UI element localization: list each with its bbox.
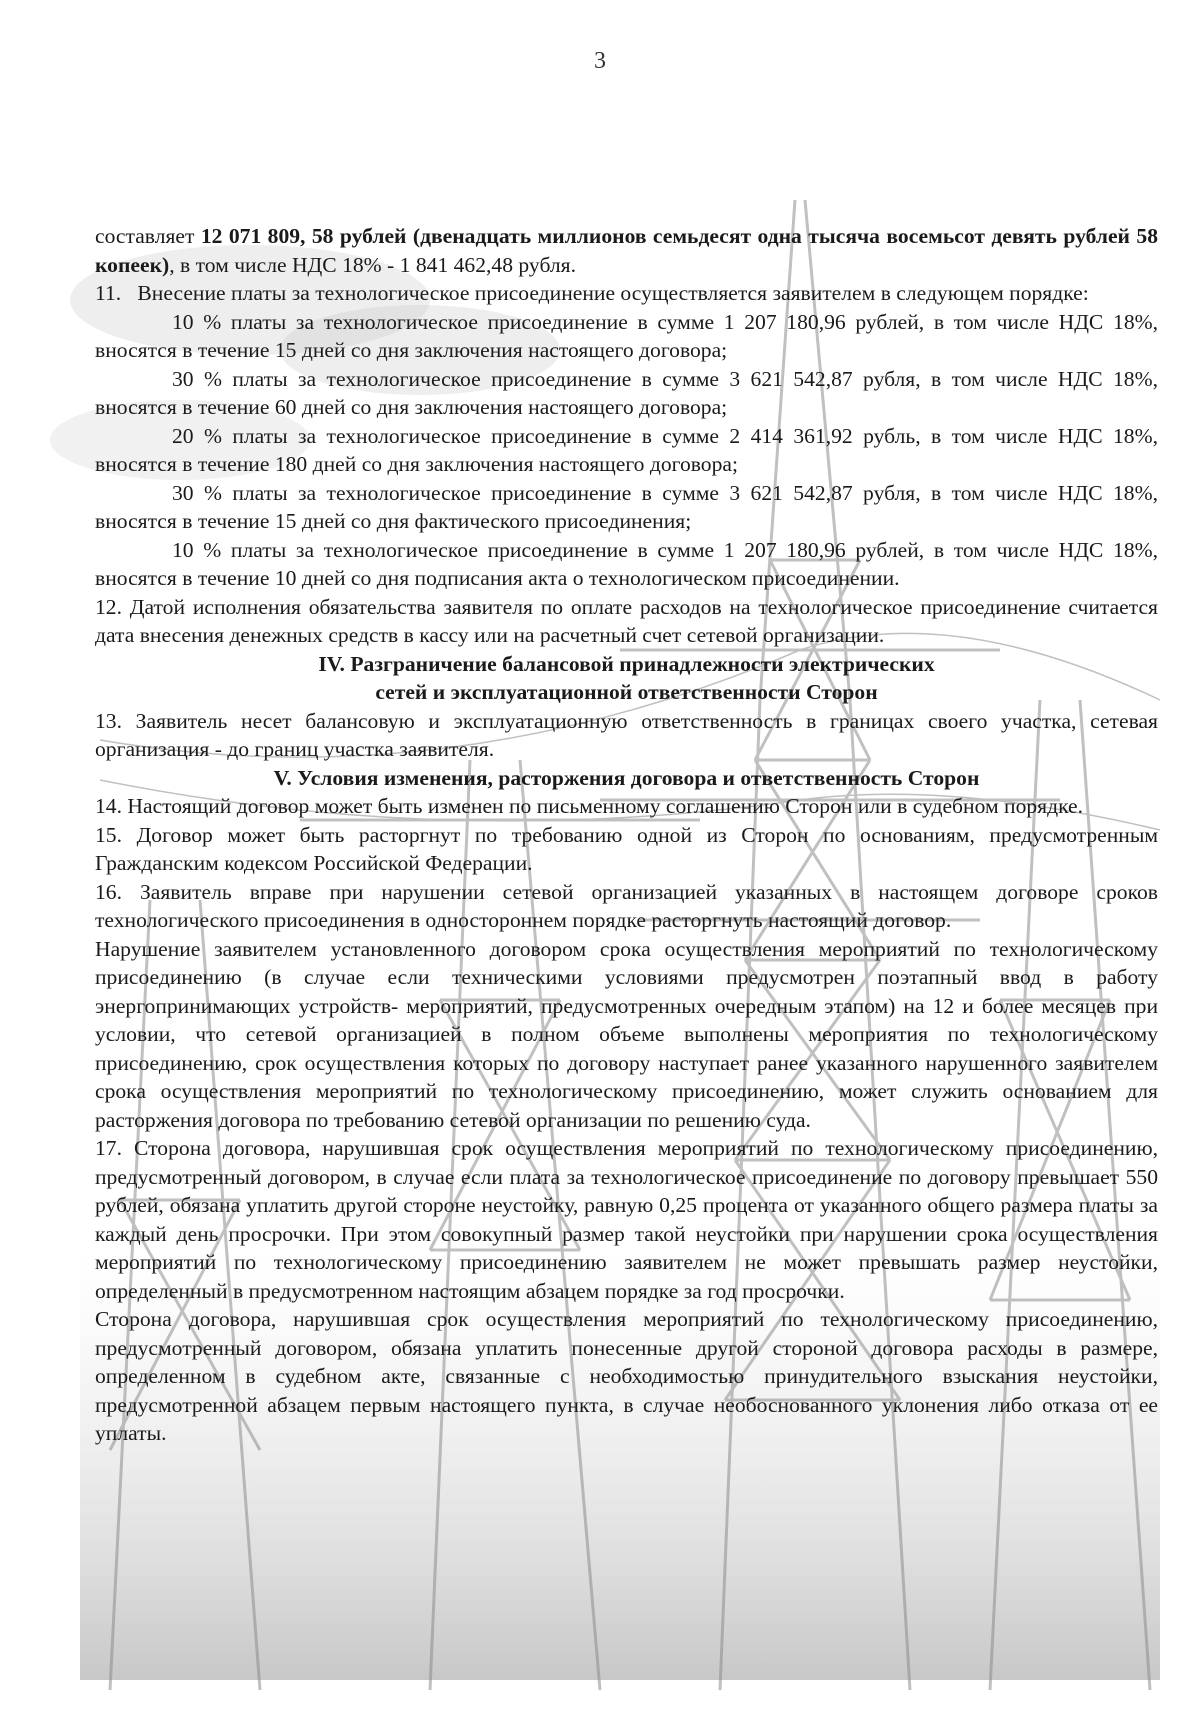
clause-16: 16. Заявитель вправе при нарушении сетев… — [95, 878, 1158, 935]
installment-4: 30 % платы за технологическое присоедине… — [95, 479, 1158, 536]
installment-1: 10 % платы за технологическое присоедине… — [95, 308, 1158, 365]
clause-15: 15. Договор может быть расторгнут по тре… — [95, 821, 1158, 878]
clause-13: 13. Заявитель несет балансовую и эксплуа… — [95, 707, 1158, 764]
installment-5: 10 % платы за технологическое присоедине… — [95, 536, 1158, 593]
clause-17-paragraph-2: Сторона договора, нарушившая срок осущес… — [95, 1305, 1158, 1448]
contract-text: составляет 12 071 809, 58 рублей (двенад… — [95, 222, 1158, 1448]
clause-11: 11. Внесение платы за технологическое пр… — [95, 279, 1158, 308]
clause-12: 12. Датой исполнения обязательства заяви… — [95, 593, 1158, 650]
document-page: 3 составляет 12 071 809, 58 рублей (двен… — [0, 0, 1200, 1717]
clause-17: 17. Сторона договора, нарушившая срок ос… — [95, 1134, 1158, 1305]
clause-14: 14. Настоящий договор может быть изменен… — [95, 792, 1158, 821]
clause-16-paragraph-2: Нарушение заявителем установленного дого… — [95, 935, 1158, 1135]
installment-3: 20 % платы за технологическое присоедине… — [95, 422, 1158, 479]
section-4-heading-line1: IV. Разграничение балансовой принадлежно… — [95, 650, 1158, 679]
page-number: 3 — [0, 48, 1200, 75]
section-4-heading-line2: сетей и эксплуатационной ответственности… — [95, 678, 1158, 707]
installment-2: 30 % платы за технологическое присоедине… — [95, 365, 1158, 422]
section-5-heading: V. Условия изменения, расторжения догово… — [95, 764, 1158, 793]
clause-10-total: составляет 12 071 809, 58 рублей (двенад… — [95, 222, 1158, 279]
